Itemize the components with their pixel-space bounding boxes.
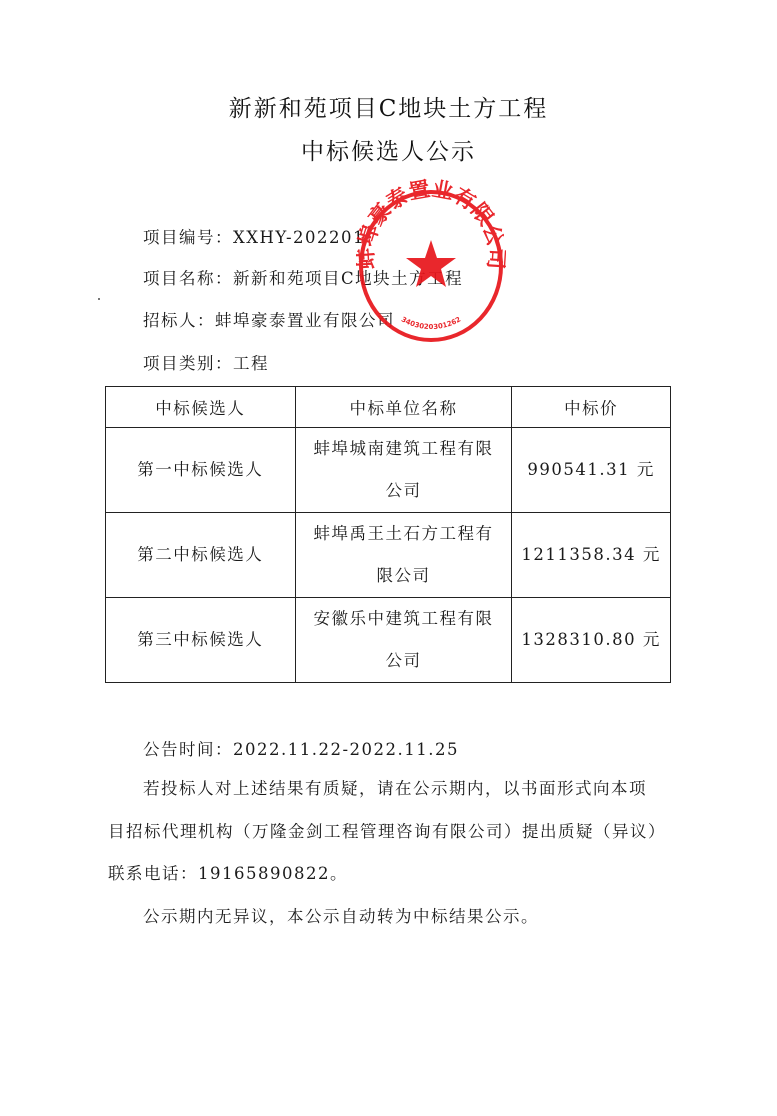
field-label: 项目名称： xyxy=(143,269,233,288)
table-header-row: 中标候选人 中标单位名称 中标价 xyxy=(106,387,671,428)
bid-price: 1211358.34 元 xyxy=(512,513,671,598)
project-name-field: 项目名称：新新和苑项目C地块土方工程 xyxy=(143,265,463,289)
stamp-text: 蚌埠豪泰置业有限公司 xyxy=(356,178,506,270)
field-value: 新新和苑项目C地块土方工程 xyxy=(233,269,463,288)
candidate-rank: 第三中标候选人 xyxy=(106,598,296,683)
stamp-number: 3403020301262 xyxy=(400,315,463,331)
notice-time: 公告时间：2022.11.22-2022.11.25 xyxy=(143,736,459,760)
field-value: XXHY-202201 xyxy=(233,228,365,247)
field-label: 招标人： xyxy=(143,311,215,330)
company-name: 蚌埠城南建筑工程有限公司 xyxy=(308,428,498,512)
candidate-rank: 第一中标候选人 xyxy=(106,428,296,513)
objection-text-line2: 目招标代理机构（万隆金剑工程管理咨询有限公司）提出质疑（异议） xyxy=(108,818,666,842)
project-number-field: 项目编号：XXHY-202201 xyxy=(143,224,365,248)
closing-statement: 公示期内无异议，本公示自动转为中标结果公示。 xyxy=(143,903,539,927)
project-category-field: 项目类别：工程 xyxy=(143,350,269,374)
field-label: 项目类别： xyxy=(143,354,233,373)
tenderer-field: 招标人：蚌埠豪泰置业有限公司 xyxy=(143,307,395,331)
header-candidate: 中标候选人 xyxy=(106,387,296,428)
field-label: 项目编号： xyxy=(143,228,233,247)
document-subtitle: 中标候选人公示 xyxy=(0,133,777,166)
company-name: 蚌埠禹王土石方工程有限公司 xyxy=(308,513,498,597)
table-row: 第三中标候选人 安徽乐中建筑工程有限公司 1328310.80 元 xyxy=(106,598,671,683)
bid-price: 990541.31 元 xyxy=(512,428,671,513)
company-name: 安徽乐中建筑工程有限公司 xyxy=(308,598,498,682)
document-title: 新新和苑项目C地块土方工程 xyxy=(0,90,777,123)
svg-text:3403020301262: 3403020301262 xyxy=(400,315,463,331)
header-price: 中标价 xyxy=(512,387,671,428)
candidate-rank: 第二中标候选人 xyxy=(106,513,296,598)
candidates-table: 中标候选人 中标单位名称 中标价 第一中标候选人 蚌埠城南建筑工程有限公司 99… xyxy=(105,386,671,683)
objection-text-line1: 若投标人对上述结果有质疑，请在公示期内，以书面形式向本项 xyxy=(143,775,647,799)
header-company: 中标单位名称 xyxy=(295,387,512,428)
field-value: 工程 xyxy=(233,354,269,373)
table-row: 第二中标候选人 蚌埠禹王土石方工程有限公司 1211358.34 元 xyxy=(106,513,671,598)
field-value: 蚌埠豪泰置业有限公司 xyxy=(215,311,395,330)
company-cell: 蚌埠城南建筑工程有限公司 xyxy=(295,428,512,513)
company-cell: 安徽乐中建筑工程有限公司 xyxy=(295,598,512,683)
svg-text:蚌埠豪泰置业有限公司: 蚌埠豪泰置业有限公司 xyxy=(356,178,506,270)
company-cell: 蚌埠禹王土石方工程有限公司 xyxy=(295,513,512,598)
contact-phone: 联系电话：19165890822。 xyxy=(108,860,348,884)
scan-speck xyxy=(98,298,100,300)
bid-price: 1328310.80 元 xyxy=(512,598,671,683)
table-row: 第一中标候选人 蚌埠城南建筑工程有限公司 990541.31 元 xyxy=(106,428,671,513)
